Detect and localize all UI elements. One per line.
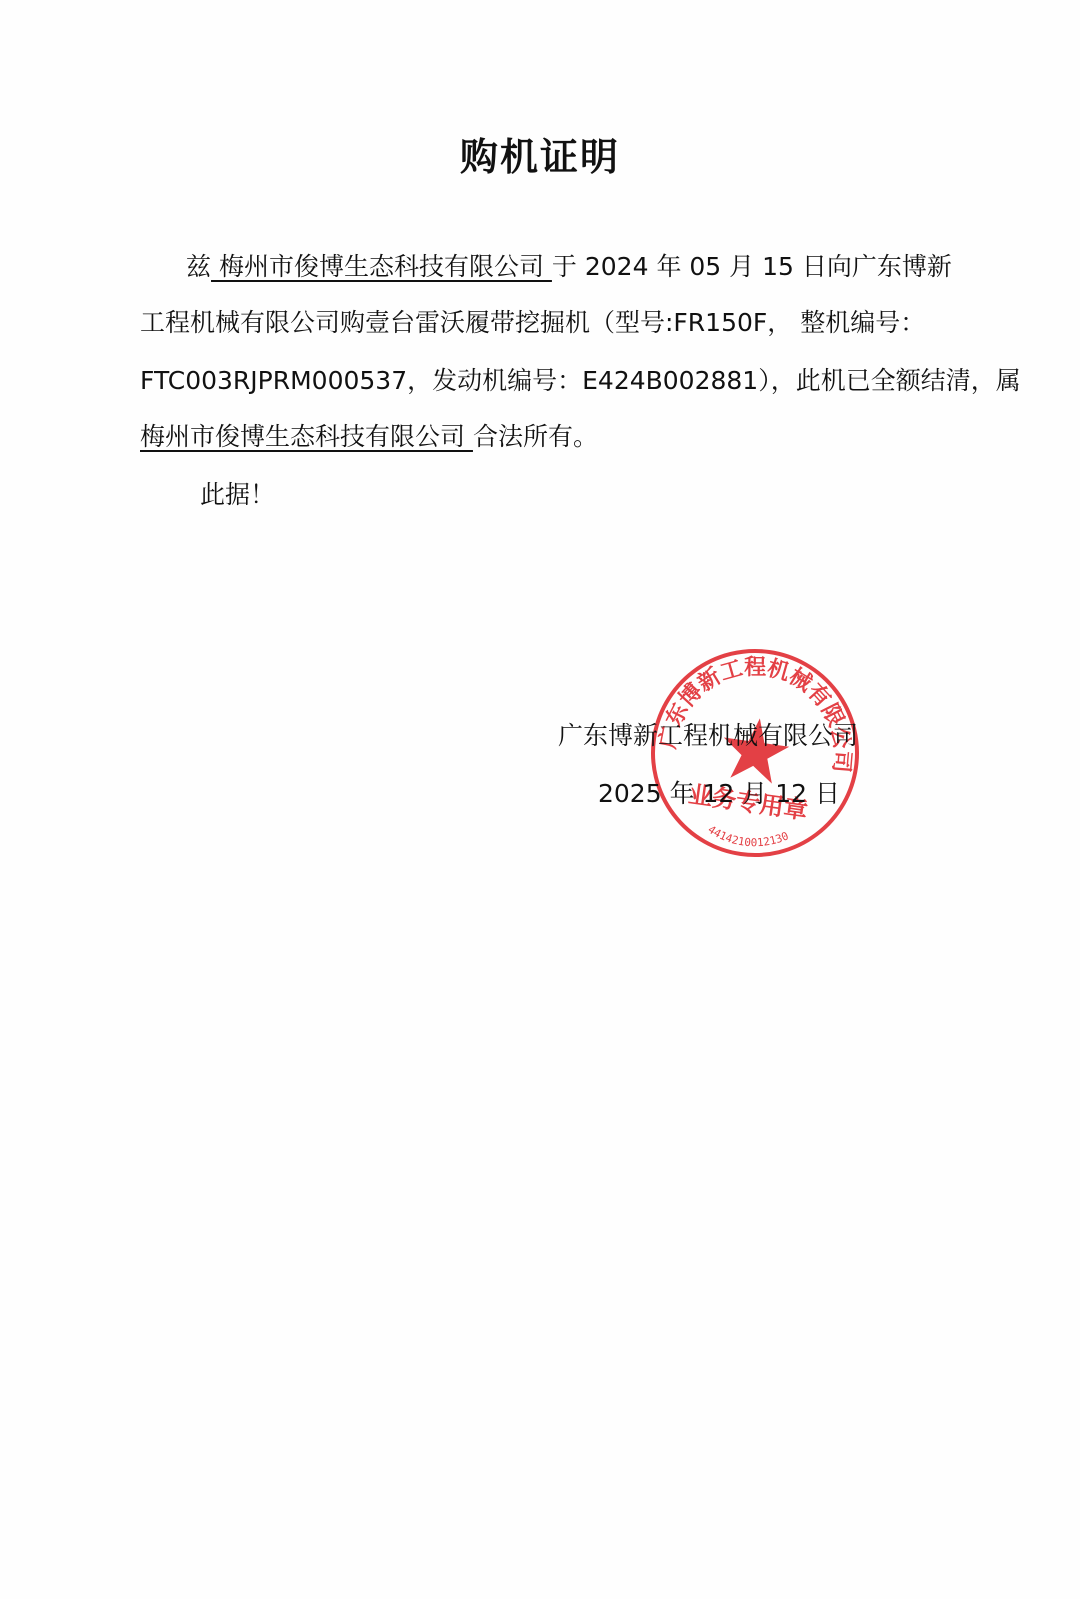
- owner-name: 梅州市俊博生态科技有限公司: [140, 422, 473, 451]
- body-line-3: FTC003RJPRM000537，发动机编号：E424B002881），此机已…: [140, 364, 1021, 398]
- body-line-4: 梅州市俊博生态科技有限公司 合法所有。: [140, 420, 598, 454]
- document-title: 购机证明: [0, 126, 1080, 181]
- prefix-text: 兹: [186, 252, 211, 281]
- body-line-1: 兹 梅州市俊博生态科技有限公司 于 2024 年 05 月 15 日向广东博新: [186, 250, 952, 284]
- line1-rest: 于 2024 年 05 月 15 日向广东博新: [552, 252, 952, 281]
- body-line-2: 工程机械有限公司购壹台雷沃履带挖掘机（型号:FR150F， 整机编号：: [140, 306, 925, 340]
- signature-date: 2025 年 12 月 12 日: [598, 774, 840, 810]
- signature-company: 广东博新工程机械有限公司: [558, 716, 858, 752]
- buyer-name: 梅州市俊博生态科技有限公司: [211, 252, 552, 281]
- document-page: 购机证明 兹 梅州市俊博生态科技有限公司 于 2024 年 05 月 15 日向…: [0, 0, 1080, 1599]
- company-seal-icon: 广东博新工程机械有限公司 业务专用章 4414210012130: [648, 646, 862, 860]
- line4-rest: 合法所有。: [473, 422, 598, 451]
- closing-text: 此据！: [200, 478, 275, 512]
